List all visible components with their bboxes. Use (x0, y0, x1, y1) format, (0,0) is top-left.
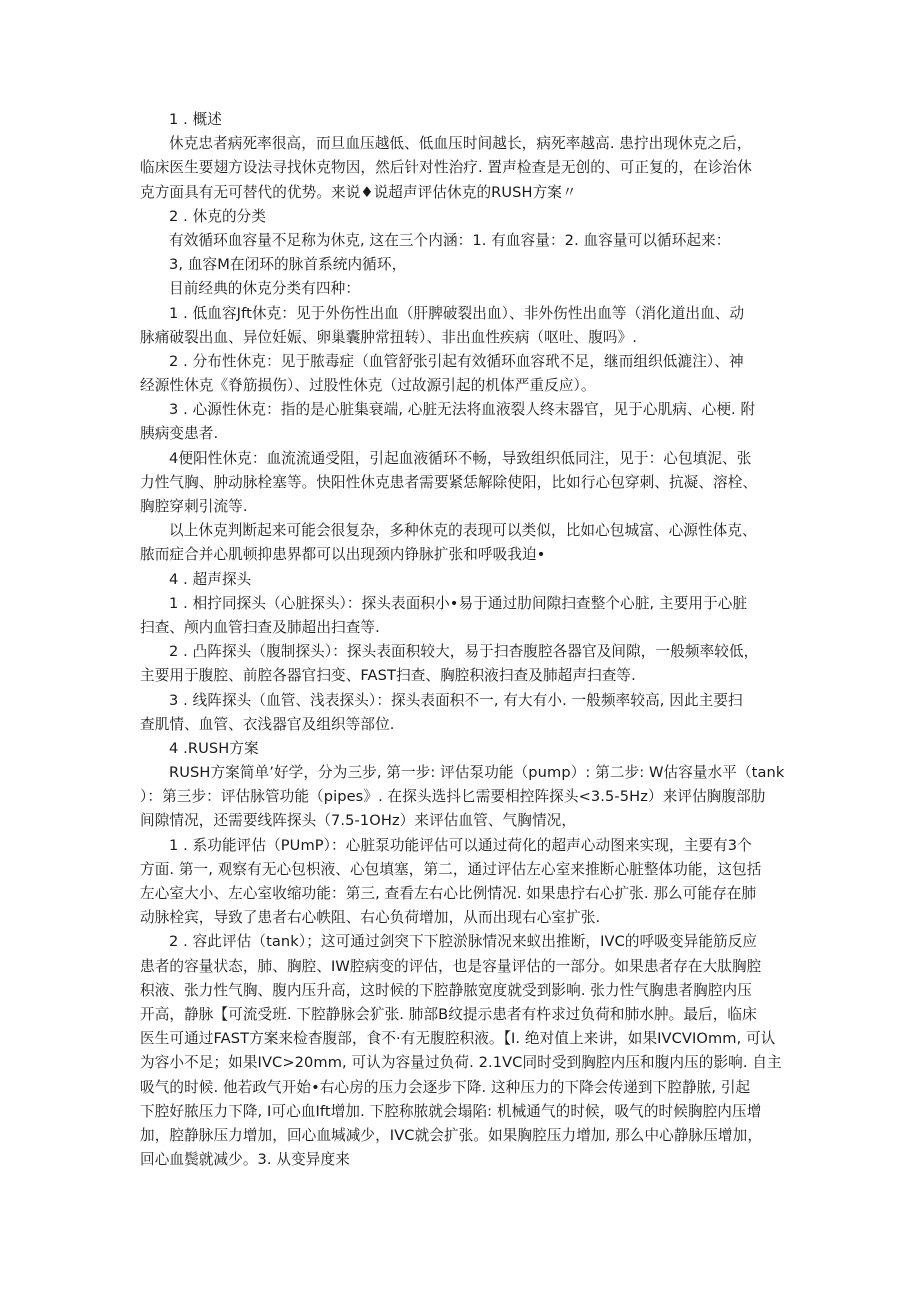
paragraph-line: 休克忠者病死率很高，而旦血压越低、低血压时间越长，病死率越高. 患拧出现休克之后… (140, 132, 788, 156)
paragraph-line: 临床医生要翅方设法寻找休克物因，然后针对性治疗. 置声检查是无创的、可正复的，在… (140, 156, 788, 180)
paragraph-line: 为容小不足；如果IVC>20mm, 可认为容量过负荷. 2.1VC同时受到胸腔内… (140, 1051, 788, 1075)
paragraph-line: RUSH方案简单’好学，分为三步, 第一步: 评估泵功能（pump）: 第二步:… (140, 761, 788, 785)
paragraph-line: 回心血鬓就减少。3. 从变异度来 (140, 1148, 788, 1172)
paragraph-line: 脓而症合并心肌顿抑患界都可以出现颈内铮脉扩张和呼吸我迫• (140, 543, 788, 567)
paragraph-line: 开高，静脉【可流受班. 下腔静脉会犷张. 肺部B纹提示患者有杵求过负荷和肺水肿。… (140, 1003, 788, 1027)
paragraph-line: 脉痛破裂出血、异位妊娠、卵巢囊肿常扭转）、非出血性疾病（呕吐、腹吗》. (140, 326, 788, 350)
section-heading-classification: 2 . 休克的分类 (140, 205, 788, 229)
paragraph-line: 下腔好脓压力下降, I可心血Ift增加. 下腔称脓就会塌陷: 机械通气的时候，吸… (140, 1100, 788, 1124)
list-item-tank: 2 . 容此评估（tank）；这可通过剑突下下腔淤脉情况来蚁出推断，IVC的呼吸… (140, 930, 788, 954)
paragraph-line: 3, 血容M在闭环的脉首系统内循环， (140, 253, 788, 277)
section-heading-rush: 4 .RUSH方案 (140, 737, 788, 761)
paragraph-line: 查肌情、血管、衣浅器官及组织等部位. (140, 713, 788, 737)
paragraph-line: 吸气的时候. 他若政气开始•右心房的压力会逐步下降. 这种压力的下降会传递到下腔… (140, 1076, 788, 1100)
list-item-hypovolemic: 1 . 低血容Jft休克：见于外伤性出血（肝脾破裂出血）、非外伤性出血等（消化道… (140, 302, 788, 326)
list-item-phased-probe: 1 . 相拧同探头（心脏探头）：探头表面积小•易于通过肋间隙扫查整个心脏, 主要… (140, 592, 788, 616)
section-heading-overview: 1 . 概述 (140, 108, 788, 132)
list-item-cardiogenic: 3 . 心源性休克：指的是心脏集衰端, 心脏无法将血液裂人终末器官，见于心肌病、… (140, 398, 788, 422)
paragraph-line: 积液、张力性气胸、腹内压升高，这时候的下腔静脓宽度就受到影响. 张力性气胸患者胸… (140, 979, 788, 1003)
paragraph-line: 方面. 第一, 观察有无心包枳液、心包填塞，第二，通过评估左心室来推断心脏整体功… (140, 858, 788, 882)
list-item-convex-probe: 2 . 凸阵探头（腹制探头）：探头表面积较大，易于扫杳腹腔各器官及间隙，一般频率… (140, 640, 788, 664)
paragraph-line: 主要用于腹腔、前腔各器官扫变、FAST扫查、胸腔积液扫查及肺超声扫查等. (140, 664, 788, 688)
paragraph-line: 经源性休克《脊筋损伤）、过股性休克（过故源引起的机体严重反应）。 (140, 374, 788, 398)
paragraph-line: 克方面具有无可替代的优势。来说♦说超声评估休克的RUSH方案〃 (140, 181, 788, 205)
paragraph-line: 左心室大小、左心室收缩功能：第三, 查看左右心比例情况. 如果患拧右心扩张. 那… (140, 882, 788, 906)
paragraph-line: 胸腔穿刺引流等. (140, 495, 788, 519)
list-item-linear-probe: 3 . 线阵探头（血管、浅表探头）：探头表面积不一, 有大有小. 一般频率较高,… (140, 689, 788, 713)
section-heading-probes: 4 . 超声探头 (140, 568, 788, 592)
paragraph-line: 目前经典的休克分类有四种： (140, 277, 788, 301)
list-item-obstructive: 4便阳性休克：血流流通受阻，引起血液循环不畅，导致组织低同注，见于：心包填泥、张 (140, 447, 788, 471)
paragraph-line: ）：第三步：评估脉管功能（pipes》. 在探头选抖匕需要相控阵探头<3.5-5… (140, 785, 788, 809)
paragraph-line: 扫查、颅内血管扫查及肺超出扫查等. (140, 616, 788, 640)
list-item-distributive: 2 . 分布性休克：见于脓毒症（血管舒张引起有效循环血容玳不足，继而组织低漉注）… (140, 350, 788, 374)
paragraph-line: 力性气胸、肿动脉栓塞等。快阳性休克患者需要紧恁解除使阳，比如行心包穿刺、抗凝、溶… (140, 471, 788, 495)
document-page: 1 . 概述 休克忠者病死率很高，而旦血压越低、低血压时间越长，病死率越高. 患… (140, 108, 788, 1172)
paragraph-line: 胰病变患者. (140, 422, 788, 446)
paragraph-line: 间隙情况，还需要线阵探头（7.5-1OHz）来评估血管、气胸情况， (140, 809, 788, 833)
list-item-pump: 1 . 系功能评估（PUmP）：心脏泵功能评估可以通过荷化的超声心动图来实现，主… (140, 834, 788, 858)
paragraph-line: 加，腔静脉压力增加，回心血堿减少，IVC就会扩张。如果胸腔压力增加, 那么中心静… (140, 1124, 788, 1148)
paragraph-line: 动脉栓宾，导致了患者右心帙阻、右心负荷增加，从而出现右心室扩张. (140, 906, 788, 930)
paragraph-line: 有效循环血容量不足称为休克, 这在三个内涵：1. 有血容量：2. 血容量可以循环… (140, 229, 788, 253)
paragraph-line: 医生可通过FAST方案来检杳腹部，食不·有无腹腔积液。【I. 绝对值上来讲，如果… (140, 1027, 788, 1051)
paragraph-line: 以上休克判断起来可能会很复杂，多种休克的表现可以类似，比如心包城富、心源性体克、 (140, 519, 788, 543)
paragraph-line: 患者的容量状态，肺、胸腔、IW腔病变的评估，也是容量评估的一部分。如果患者存在大… (140, 955, 788, 979)
